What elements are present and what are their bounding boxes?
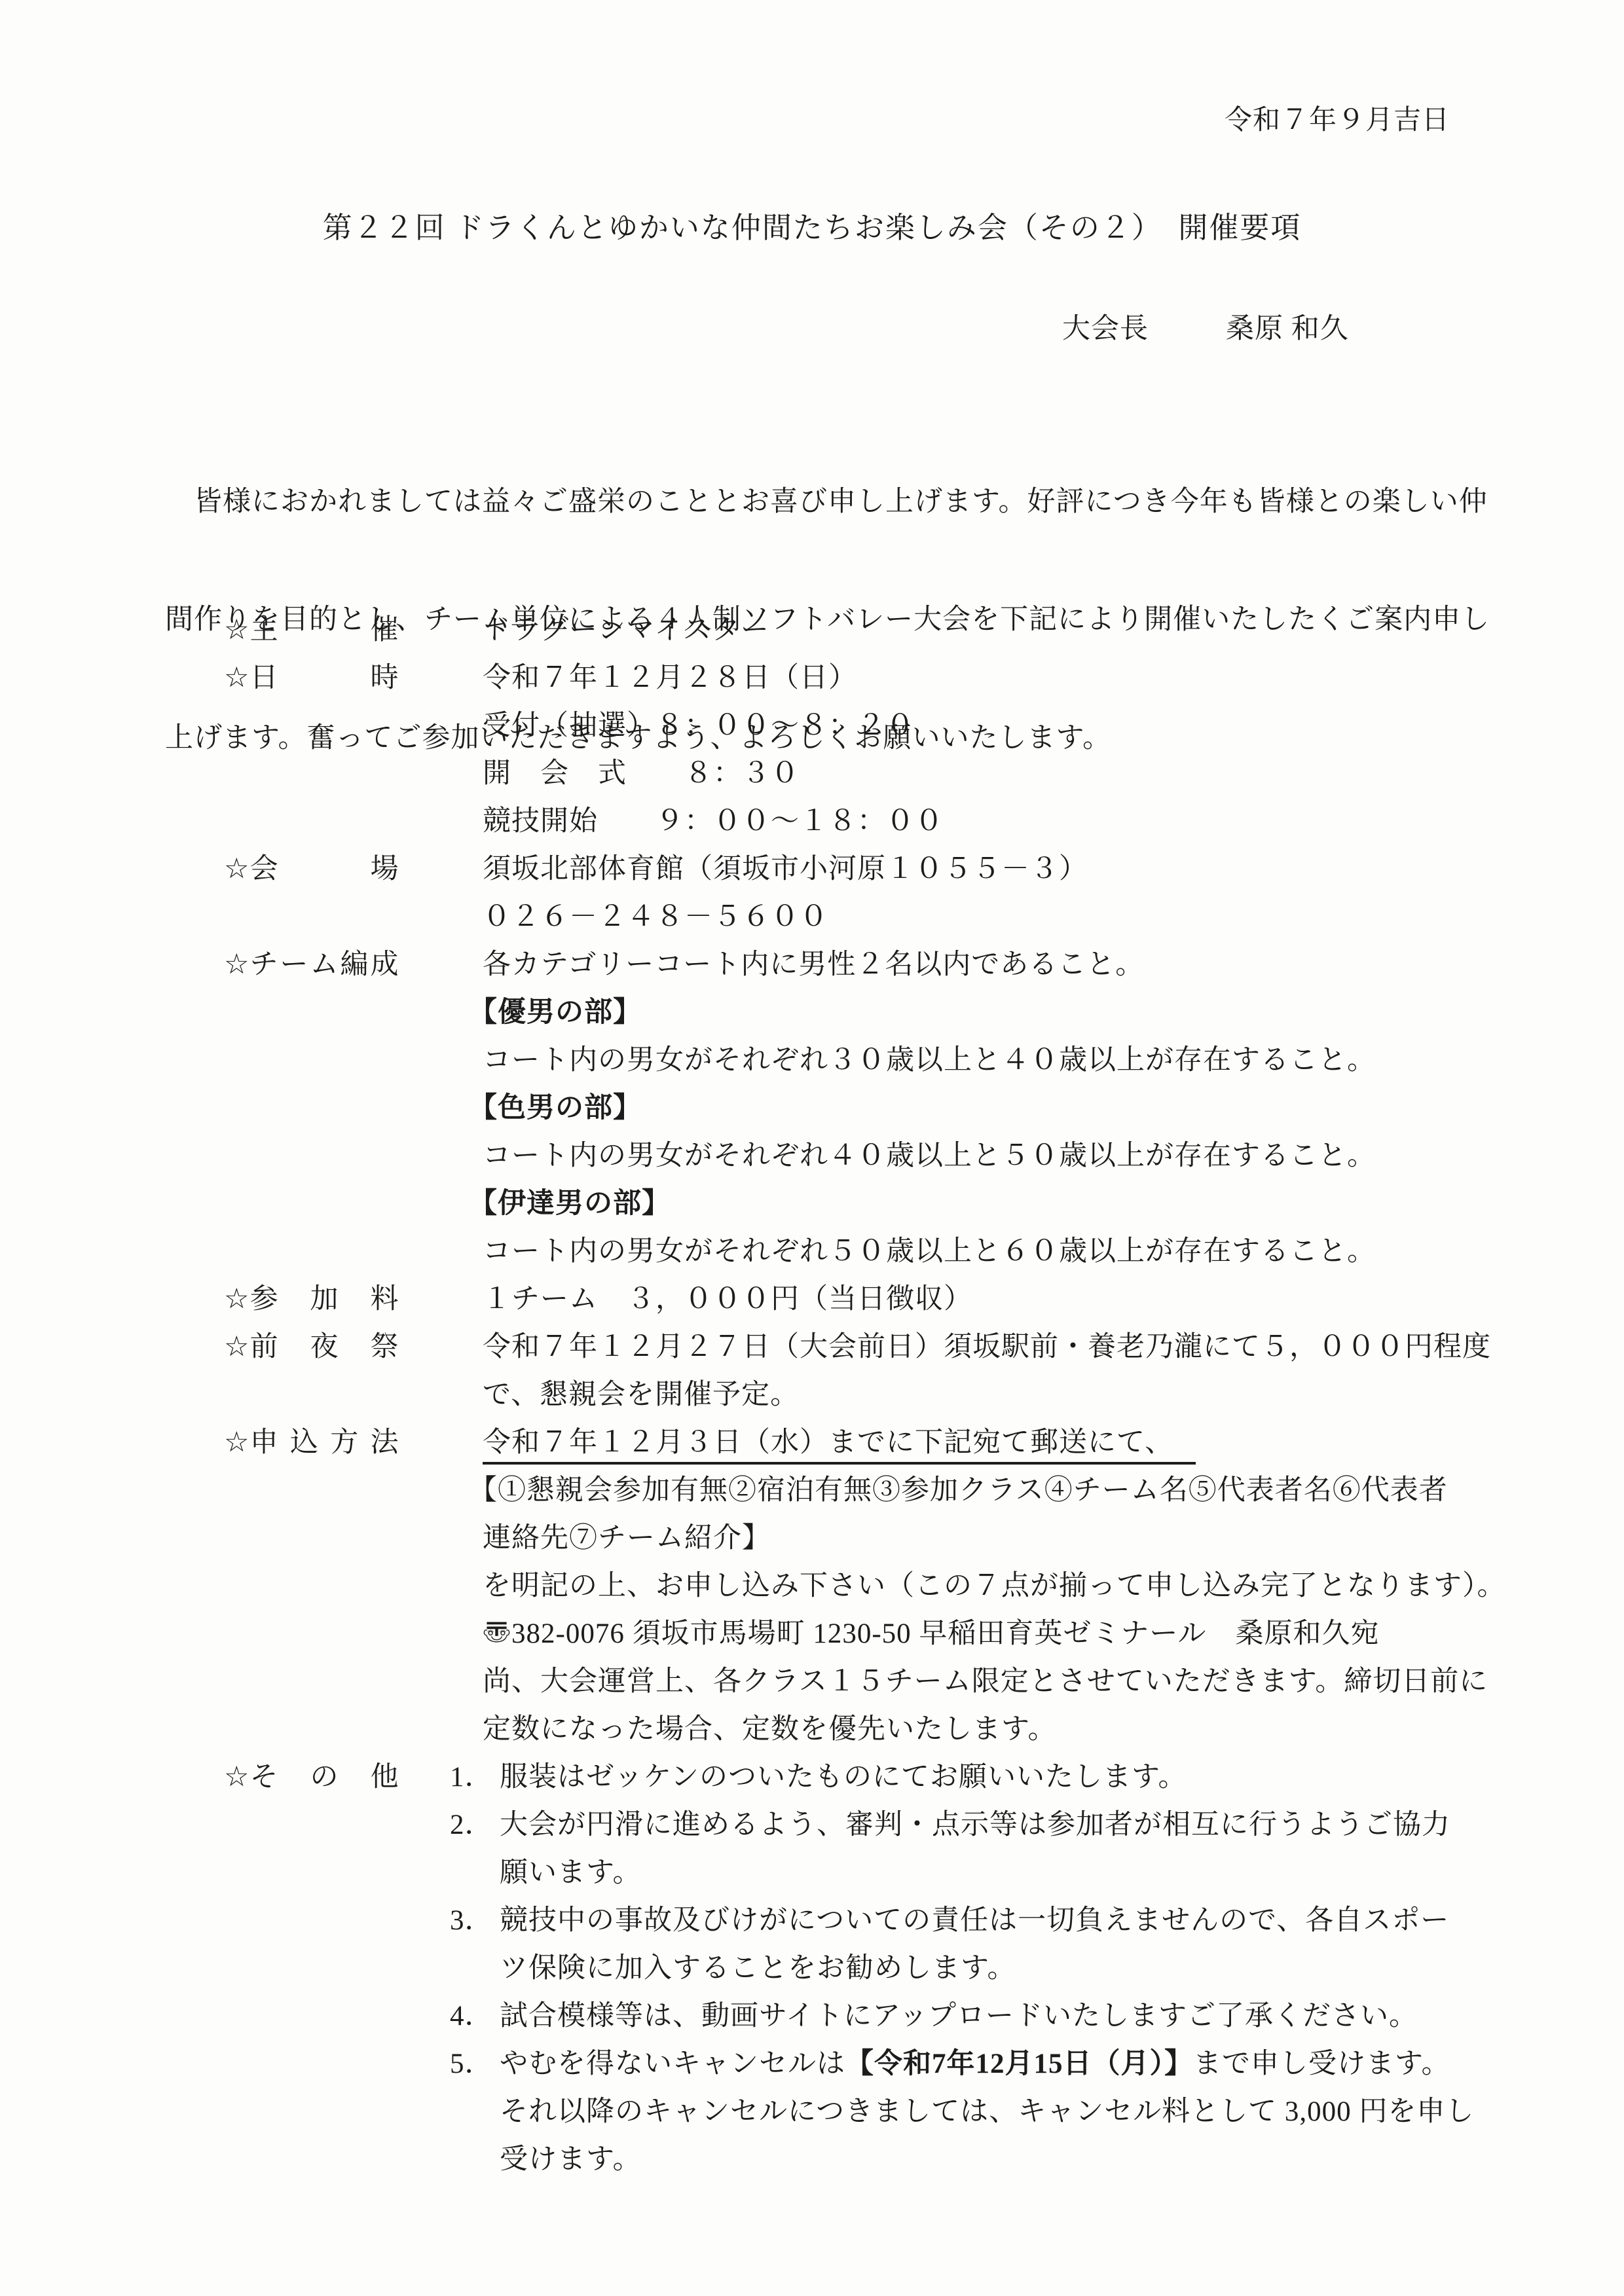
other-item-2-text: 大会が円滑に進めるよう、審判・点示等は参加者が相互に行うようご協力 xyxy=(500,1801,1450,1849)
row-other-item-2-cont: 願います。 xyxy=(0,1849,1624,1897)
chairman-name: 桑原 和久 xyxy=(1226,314,1349,344)
application-deadline: 令和７年１２月３日（水）までに下記宛て郵送にて、 xyxy=(483,1419,1196,1467)
team-rules-label: ☆チーム編成 xyxy=(224,941,399,989)
row-application: ☆申込方法 令和７年１２月３日（水）までに下記宛て郵送にて、 xyxy=(0,1419,1624,1467)
division-1-requirement: コート内の男女がそれぞれ３０歳以上と４０歳以上が存在すること。 xyxy=(483,1036,1376,1084)
row-application-required-1: 【①懇親会参加有無②宿泊有無③参加クラス④チーム名⑤代表者名⑥代表者 xyxy=(0,1467,1624,1514)
eve-party-label: ☆前夜祭 xyxy=(224,1323,399,1371)
application-limit-line1: 尚、大会運営上、各クラス１５チーム限定とさせていただきます。締切日前に xyxy=(483,1658,1488,1705)
row-reception: 受付（抽選）８：００～８：２０ xyxy=(0,702,1624,750)
other-item-5-cont-2: 受けます。 xyxy=(500,2136,642,2183)
scanned-document-page: 令和７年９月吉日 第２２回 ドラくんとゆかいな仲間たちお楽しみ会（その２） 開催… xyxy=(0,0,1624,2296)
row-entry-fee: ☆参加料 １チーム ３，０００円（当日徴収） xyxy=(0,1275,1624,1323)
other-item-5-pre: やむを得ないキャンセルは xyxy=(500,2049,845,2079)
datetime-label: ☆日時 xyxy=(224,654,399,702)
row-team-rules: ☆チーム編成 各カテゴリーコート内に男性２名以内であること。 xyxy=(0,941,1624,989)
application-address: 〠382-0076 須坂市馬場町 1230-50 早稲田育英ゼミナール 桑原和久… xyxy=(483,1610,1380,1658)
application-deadline-underlined: 令和７年１２月３日（水）までに下記宛て郵送にて、 xyxy=(483,1427,1196,1465)
division-1-name: 【優男の部】 xyxy=(469,989,642,1036)
page-title: 第２２回 ドラくんとゆかいな仲間たちお楽しみ会（その２） 開催要項 xyxy=(0,210,1624,246)
row-host: ☆主催 ドラグーンマイスター xyxy=(0,606,1624,654)
reception-time: 受付（抽選）８：００～８：２０ xyxy=(483,702,915,750)
application-required-line1: 【①懇親会参加有無②宿泊有無③参加クラス④チーム名⑤代表者名⑥代表者 xyxy=(469,1467,1448,1514)
row-division-3-requirement: コート内の男女がそれぞれ５０歳以上と６０歳以上が存在すること。 xyxy=(0,1228,1624,1275)
host-label: ☆主催 xyxy=(224,606,399,654)
other-item-5-cont-1: それ以降のキャンセルにつきましては、キャンセル料として 3,000 円を申し xyxy=(500,2088,1474,2136)
star-icon: ☆ xyxy=(224,949,250,980)
row-eve-party-cont: で、懇親会を開催予定。 xyxy=(0,1371,1624,1419)
chairman-label: 大会長 xyxy=(1062,314,1149,344)
team-rules-rule: 各カテゴリーコート内に男性２名以内であること。 xyxy=(483,941,1144,989)
entry-fee-value: １チーム ３，０００円（当日徴収） xyxy=(483,1275,972,1323)
row-application-note: を明記の上、お申し込み下さい（この７点が揃って申し込み完了となります）。 xyxy=(0,1562,1624,1610)
other-item-1-text: 服装はゼッケンのついたものにてお願いいたします。 xyxy=(500,1753,1187,1801)
opening-ceremony-time: 開 会 式 ８：３０ xyxy=(483,750,800,797)
row-other-item-5-cont-2: 受けます。 xyxy=(0,2136,1624,2183)
star-icon: ☆ xyxy=(224,1332,250,1362)
issue-date: 令和７年９月吉日 xyxy=(1225,103,1450,138)
row-eve-party: ☆前夜祭 令和７年１２月２７日（大会前日）須坂駅前・養老乃瀧にて５，０００円程度 xyxy=(0,1323,1624,1371)
eve-party-line2: で、懇親会を開催予定。 xyxy=(483,1371,799,1419)
games-time: 競技開始 ９：００～１８：００ xyxy=(483,797,944,845)
row-datetime: ☆日時 令和７年１２月２８日（日） xyxy=(0,654,1624,702)
venue-name: 須坂北部体育館（須坂市小河原１０５５－３） xyxy=(483,845,1088,893)
row-opening-ceremony: 開 会 式 ８：３０ xyxy=(0,750,1624,797)
other-item-5-post: まで申し受けます。 xyxy=(1193,2049,1450,2079)
division-3-name: 【伊達男の部】 xyxy=(469,1180,671,1228)
row-other-item-5-cont-1: それ以降のキャンセルにつきましては、キャンセル料として 3,000 円を申し xyxy=(0,2088,1624,2136)
other-item-4-number: 4． xyxy=(450,1992,494,2040)
other-item-5-text: やむを得ないキャンセルは【令和7年12月15日（月）】まで申し受けます。 xyxy=(500,2040,1450,2088)
other-item-3-cont: ツ保険に加入することをお勧めします。 xyxy=(500,1944,1016,1992)
application-label: ☆申込方法 xyxy=(224,1419,399,1467)
venue-label: ☆会場 xyxy=(224,845,399,893)
row-other-item-5: 5． やむを得ないキャンセルは【令和7年12月15日（月）】まで申し受けます。 xyxy=(0,2040,1624,2088)
eve-party-line1: 令和７年１２月２７日（大会前日）須坂駅前・養老乃瀧にて５，０００円程度 xyxy=(483,1323,1491,1371)
row-division-2-requirement: コート内の男女がそれぞれ４０歳以上と５０歳以上が存在すること。 xyxy=(0,1132,1624,1180)
star-icon: ☆ xyxy=(224,615,250,646)
application-limit-line2: 定数になった場合、定数を優先いたします。 xyxy=(483,1705,1057,1753)
row-application-required-2: 連絡先⑦チーム紹介】 xyxy=(0,1514,1624,1562)
other-label: ☆その他 xyxy=(224,1753,399,1801)
row-division-3-name: 【伊達男の部】 xyxy=(0,1180,1624,1228)
chairman-line: 大会長桑原 和久 xyxy=(1062,312,1349,347)
division-2-requirement: コート内の男女がそれぞれ４０歳以上と５０歳以上が存在すること。 xyxy=(483,1132,1376,1180)
division-3-requirement: コート内の男女がそれぞれ５０歳以上と６０歳以上が存在すること。 xyxy=(483,1228,1376,1275)
other-item-5-highlight: 【令和7年12月15日（月）】 xyxy=(845,2049,1193,2079)
other-item-5-number: 5． xyxy=(450,2040,494,2088)
row-division-1-requirement: コート内の男女がそれぞれ３０歳以上と４０歳以上が存在すること。 xyxy=(0,1036,1624,1084)
venue-phone: ０２６－２４８－５６００ xyxy=(483,893,828,941)
star-icon: ☆ xyxy=(224,1284,250,1315)
host-value: ドラグーンマイスター xyxy=(483,606,769,654)
row-application-limit-2: 定数になった場合、定数を優先いたします。 xyxy=(0,1705,1624,1753)
row-division-1-name: 【優男の部】 xyxy=(0,989,1624,1036)
row-other-item-2: 2． 大会が円滑に進めるよう、審判・点示等は参加者が相互に行うようご協力 xyxy=(0,1801,1624,1849)
star-icon: ☆ xyxy=(224,663,250,693)
star-icon: ☆ xyxy=(224,1427,250,1458)
other-item-4-text: 試合模様等は、動画サイトにアップロードいたしますご了承ください。 xyxy=(500,1992,1418,2040)
other-item-3-number: 3． xyxy=(450,1897,494,1944)
other-item-2-number: 2． xyxy=(450,1801,494,1849)
division-2-name: 【色男の部】 xyxy=(469,1084,642,1132)
intro-line-1: 皆様におかれましては益々ご盛栄のこととお喜び申し上げます。好評につき今年も皆様と… xyxy=(165,478,1475,526)
application-required-line2: 連絡先⑦チーム紹介】 xyxy=(483,1514,771,1562)
row-application-limit-1: 尚、大会運営上、各クラス１５チーム限定とさせていただきます。締切日前に xyxy=(0,1658,1624,1705)
entry-fee-label: ☆参加料 xyxy=(224,1275,399,1323)
row-games-time: 競技開始 ９：００～１８：００ xyxy=(0,797,1624,845)
row-other-item-4: 4． 試合模様等は、動画サイトにアップロードいたしますご了承ください。 xyxy=(0,1992,1624,2040)
row-division-2-name: 【色男の部】 xyxy=(0,1084,1624,1132)
datetime-date: 令和７年１２月２８日（日） xyxy=(483,654,857,702)
star-icon: ☆ xyxy=(224,1762,250,1793)
star-icon: ☆ xyxy=(224,854,250,884)
row-other-item-1: ☆その他 1． 服装はゼッケンのついたものにてお願いいたします。 xyxy=(0,1753,1624,1801)
row-venue-phone: ０２６－２４８－５６００ xyxy=(0,893,1624,941)
other-item-2-cont: 願います。 xyxy=(500,1849,642,1897)
row-venue: ☆会場 須坂北部体育館（須坂市小河原１０５５－３） xyxy=(0,845,1624,893)
other-item-3-text: 競技中の事故及びけがについての責任は一切負えませんので、各自スポー xyxy=(500,1897,1449,1944)
row-other-item-3-cont: ツ保険に加入することをお勧めします。 xyxy=(0,1944,1624,1992)
application-note: を明記の上、お申し込み下さい（この７点が揃って申し込み完了となります）。 xyxy=(483,1562,1506,1610)
row-application-address: 〠382-0076 須坂市馬場町 1230-50 早稲田育英ゼミナール 桑原和久… xyxy=(0,1610,1624,1658)
row-other-item-3: 3． 競技中の事故及びけがについての責任は一切負えませんので、各自スポー xyxy=(0,1897,1624,1944)
other-item-1-number: 1． xyxy=(450,1753,494,1801)
